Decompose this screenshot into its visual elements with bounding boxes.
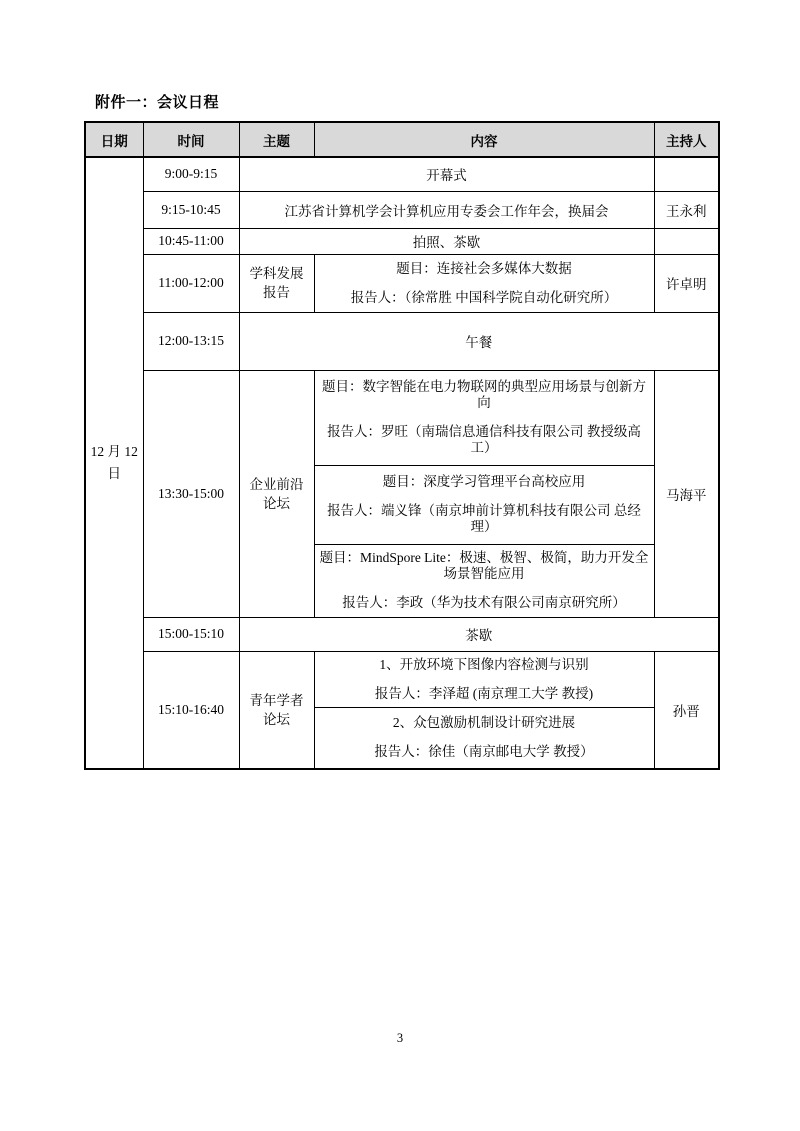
time-cell: 15:00-15:10	[143, 617, 239, 651]
content-cell: 题目：数字智能在电力物联网的典型应用场景与创新方向 报告人：罗旺（南瑞信息通信科…	[314, 370, 654, 465]
content-title: 2、众包激励机制设计研究进展	[319, 715, 650, 731]
host-cell: 许卓明	[654, 254, 719, 312]
time-cell: 9:00-9:15	[143, 157, 239, 191]
page-number: 3	[0, 1031, 800, 1046]
content-cell: 2、众包激励机制设计研究进展 报告人：徐佳（南京邮电大学 教授）	[314, 707, 654, 769]
row-opening: 12 月 12 日 9:00-9:15 开幕式	[85, 157, 719, 191]
content-speaker: 报告人：李泽超 (南京理工大学 教授)	[319, 686, 650, 702]
host-cell	[654, 157, 719, 191]
row-tea-break: 15:00-15:10 茶歇	[85, 617, 719, 651]
content-cell: 题目：MindSpore Lite：极速、极智、极简，助力开发全场景智能应用 报…	[314, 544, 654, 617]
content-speaker: 报告人：徐佳（南京邮电大学 教授）	[319, 744, 650, 760]
date-cell: 12 月 12 日	[85, 157, 143, 769]
event-cell: 拍照、茶歇	[239, 228, 654, 254]
row-photo-break: 10:45-11:00 拍照、茶歇	[85, 228, 719, 254]
content-speaker: 报告人：李政（华为技术有限公司南京研究所）	[319, 595, 650, 611]
row-enterprise-forum-1: 13:30-15:00 企业前沿论坛 题目：数字智能在电力物联网的典型应用场景与…	[85, 370, 719, 465]
host-cell	[654, 228, 719, 254]
col-header-topic: 主题	[239, 122, 314, 157]
event-cell: 午餐	[239, 312, 719, 370]
content-title: 题目：MindSpore Lite：极速、极智、极简，助力开发全场景智能应用	[319, 550, 650, 582]
content-speaker: 报告人：罗旺（南瑞信息通信科技有限公司 教授级高工）	[319, 424, 650, 456]
time-cell: 10:45-11:00	[143, 228, 239, 254]
row-annual-meeting: 9:15-10:45 江苏省计算机学会计算机应用专委会工作年会，换届会 王永利	[85, 191, 719, 228]
host-cell: 马海平	[654, 370, 719, 617]
col-header-time: 时间	[143, 122, 239, 157]
time-cell: 11:00-12:00	[143, 254, 239, 312]
row-youth-forum-1: 15:10-16:40 青年学者论坛 1、开放环境下图像内容检测与识别 报告人：…	[85, 651, 719, 707]
time-cell: 15:10-16:40	[143, 651, 239, 769]
time-cell: 9:15-10:45	[143, 191, 239, 228]
content-title: 题目：数字智能在电力物联网的典型应用场景与创新方向	[319, 379, 650, 411]
header-row: 日期 时间 主题 内容 主持人	[85, 122, 719, 157]
row-lunch: 12:00-13:15 午餐	[85, 312, 719, 370]
col-header-host: 主持人	[654, 122, 719, 157]
time-cell: 12:00-13:15	[143, 312, 239, 370]
content-title: 题目：连接社会多媒体大数据	[319, 261, 650, 277]
event-cell: 江苏省计算机学会计算机应用专委会工作年会，换届会	[239, 191, 654, 228]
col-header-content: 内容	[314, 122, 654, 157]
event-cell: 茶歇	[239, 617, 719, 651]
topic-cell: 青年学者论坛	[239, 651, 314, 769]
content-title: 1、开放环境下图像内容检测与识别	[319, 657, 650, 673]
host-cell: 孙晋	[654, 651, 719, 769]
page-title: 附件一：会议日程	[95, 91, 219, 112]
host-cell: 王永利	[654, 191, 719, 228]
topic-cell: 学科发展报告	[239, 254, 314, 312]
row-discipline-report: 11:00-12:00 学科发展报告 题目：连接社会多媒体大数据 报告人：（徐常…	[85, 254, 719, 312]
content-cell: 1、开放环境下图像内容检测与识别 报告人：李泽超 (南京理工大学 教授)	[314, 651, 654, 707]
content-title: 题目：深度学习管理平台高校应用	[319, 474, 650, 490]
topic-cell: 企业前沿论坛	[239, 370, 314, 617]
content-speaker: 报告人：（徐常胜 中国科学院自动化研究所）	[319, 290, 650, 306]
document-page: 附件一：会议日程 日期 时间 主题 内容 主持人 12 月 12 日 9:00-…	[0, 0, 800, 1131]
col-header-date: 日期	[85, 122, 143, 157]
content-cell: 题目：深度学习管理平台高校应用 报告人：端义锋（南京坤前计算机科技有限公司 总经…	[314, 465, 654, 544]
content-speaker: 报告人：端义锋（南京坤前计算机科技有限公司 总经理）	[319, 503, 650, 535]
time-cell: 13:30-15:00	[143, 370, 239, 617]
content-cell: 题目：连接社会多媒体大数据 报告人：（徐常胜 中国科学院自动化研究所）	[314, 254, 654, 312]
event-cell: 开幕式	[239, 157, 654, 191]
schedule-table: 日期 时间 主题 内容 主持人 12 月 12 日 9:00-9:15 开幕式 …	[84, 121, 720, 770]
